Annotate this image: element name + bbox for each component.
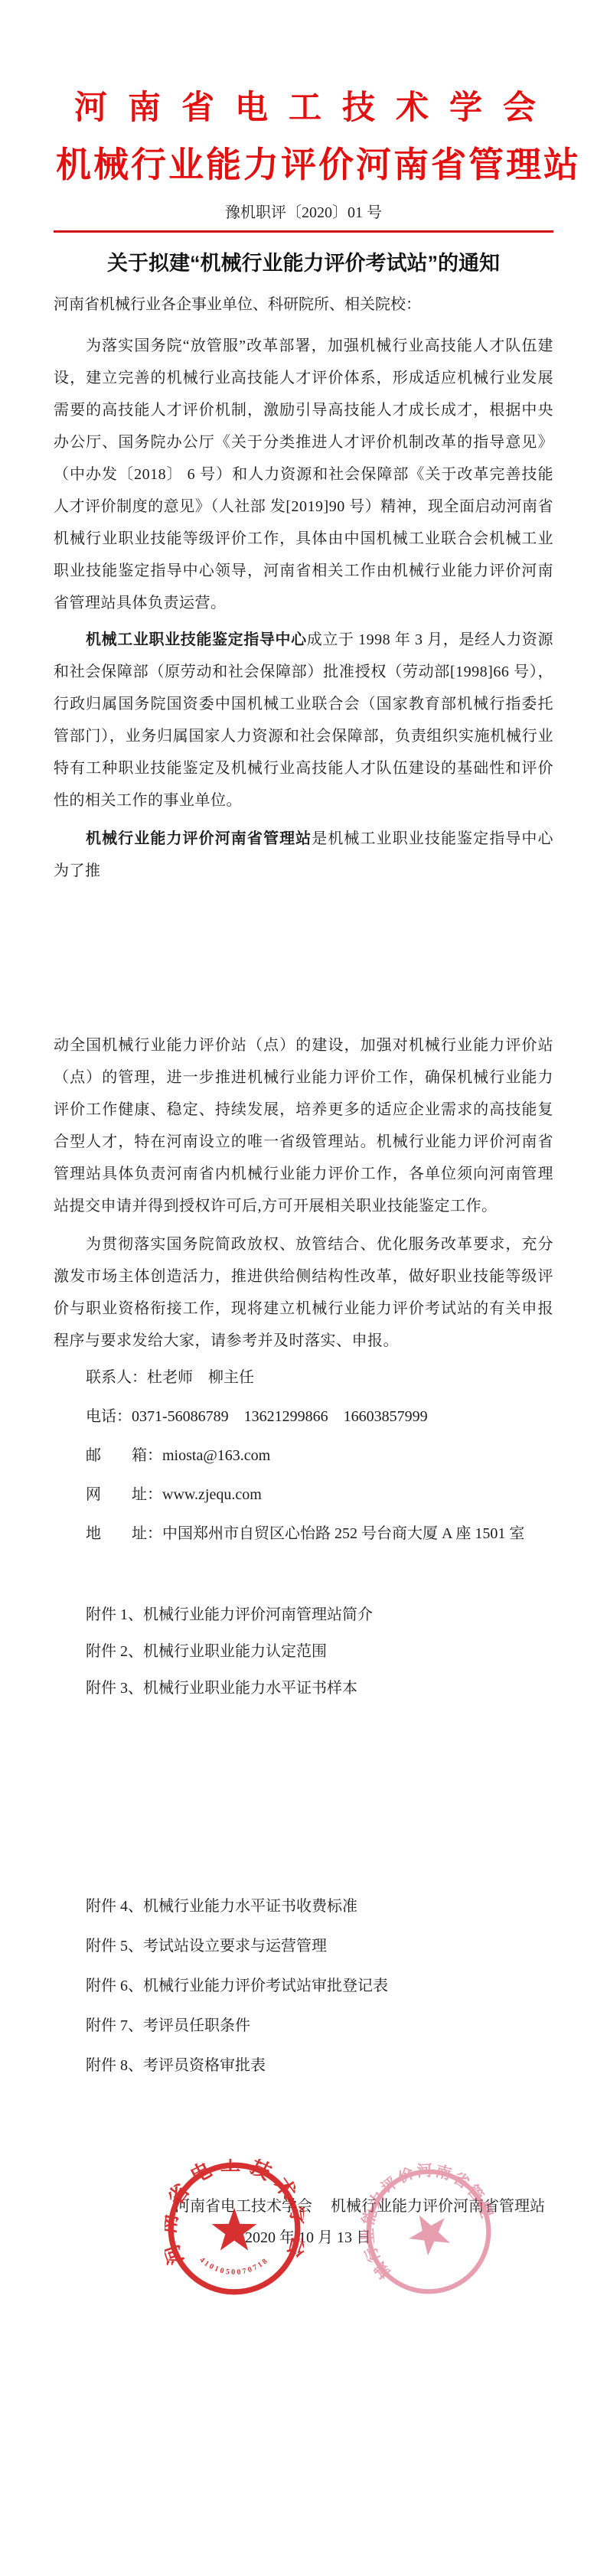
contact-block: 联系人：杜老师 柳主任 电话：0371-56086789 13621299866… [54, 1358, 553, 1554]
attachment-item-2: 附件 2、机械行业职业能力认定范围 [86, 1633, 553, 1670]
contact-label: 联系人： [86, 1369, 147, 1386]
contact-value: miosta@163.com [162, 1447, 270, 1464]
seal-serial: 4101050070718 [197, 2256, 270, 2277]
official-seal-right-icon: 机械行业能力评价河南省管理站 [337, 2140, 521, 2323]
letterhead-divider [54, 230, 553, 233]
attachment-list-part1: 附件 1、机械行业能力评价河南管理站简介 附件 2、机械行业职业能力认定范围 附… [54, 1596, 553, 1707]
contact-label: 电话： [86, 1408, 132, 1425]
attachment-item-3: 附件 3、机械行业职业能力水平证书样本 [86, 1670, 553, 1707]
contact-phone-line: 电话：0371-56086789 13621299866 16603857999 [86, 1397, 553, 1436]
page-break-gap [54, 887, 553, 1029]
page-break-gap [54, 1707, 553, 1886]
contact-value: www.zjequ.com [162, 1486, 262, 1503]
contact-value: 杜老师 柳主任 [147, 1369, 254, 1386]
attachment-item-1: 附件 1、机械行业能力评价河南管理站简介 [86, 1596, 553, 1633]
body-paragraph-3-continued: 动全国机械行业能力评价站（点）的建设，加强对机械行业能力评价站（点）的管理，进一… [54, 1029, 553, 1222]
seal-star-icon [212, 2208, 257, 2251]
body-paragraph-3-first-line: 机械行业能力评价河南省管理站是机械工业职业技能鉴定指导中心为了推 [54, 823, 553, 887]
seal-star-icon [401, 2205, 456, 2259]
contact-label: 地 址： [86, 1525, 162, 1542]
official-seal-left-icon: 河南省电工技术学会 4101050070718 [165, 2159, 304, 2298]
attachment-item-8: 附件 8、考评员资格审批表 [86, 2046, 553, 2085]
document-number: 豫机职评〔2020〕01 号 [54, 201, 553, 224]
contact-website-line: 网 址：www.zjequ.com [86, 1475, 553, 1515]
signature-section: 河南省电工技术学会 机械行业能力评价河南省管理站 2020 年 10 月 13 … [54, 2124, 553, 2339]
notice-title: 关于拟建“机械行业能力评价考试站”的通知 [54, 249, 553, 278]
paragraph-text: 为落实国务院“放管服”改革部署，加强机械行业高技能人才队伍建设，建立完善的机械行… [54, 337, 553, 611]
contact-address-line: 地 址：中国郑州市自贸区心怡路 252 号台商大厦 A 座 1501 室 [86, 1515, 553, 1554]
salutation-line: 河南省机械行业各企事业单位、科研院所、相关院校： [54, 293, 553, 316]
contact-email-line: 邮 箱：miosta@163.com [86, 1436, 553, 1475]
org-name-bold: 机械工业职业技能鉴定指导中心 [86, 631, 307, 648]
org-name-bold: 机械行业能力评价河南省管理站 [86, 830, 312, 847]
document-page: 河南省电工技术学会 机械行业能力评价河南省管理站 豫机职评〔2020〕01 号 … [0, 0, 607, 2339]
contact-person-line: 联系人：杜老师 柳主任 [86, 1358, 553, 1397]
contact-value: 中国郑州市自贸区心怡路 252 号台商大厦 A 座 1501 室 [162, 1525, 524, 1542]
paragraph-text: 成立于 1998 年 3 月，是经人力资源和社会保障部（原劳动和社会保障部）批准… [54, 631, 553, 809]
letterhead-org-line2: 机械行业能力评价河南省管理站 [54, 144, 553, 187]
contact-label: 邮 箱： [86, 1447, 162, 1464]
body-paragraph-1: 为落实国务院“放管服”改革部署，加强机械行业高技能人才队伍建设，建立完善的机械行… [54, 330, 553, 619]
paragraph-text: 为贯彻落实国务院简政放权、放管结合、优化服务改革要求，充分激发市场主体创造活力，… [54, 1236, 553, 1349]
attachment-list-part3: 附件 8、考评员资格审批表 [54, 2046, 553, 2085]
body-paragraph-2: 机械工业职业技能鉴定指导中心成立于 1998 年 3 月，是经人力资源和社会保障… [54, 624, 553, 817]
letterhead-org-line1: 河南省电工技术学会 [54, 0, 553, 129]
attachment-item-5: 附件 5、考试站设立要求与运营管理 [86, 1926, 553, 1966]
paragraph-text: 动全国机械行业能力评价站（点）的建设，加强对机械行业能力评价站（点）的管理，进一… [54, 1037, 553, 1215]
attachment-item-4: 附件 4、机械行业能力水平证书收费标准 [86, 1886, 553, 1926]
body-paragraph-4: 为贯彻落实国务院简政放权、放管结合、优化服务改革要求，充分激发市场主体创造活力，… [54, 1228, 553, 1357]
seal-text: 机械行业能力评价河南省管理站 [337, 2140, 500, 2287]
attachment-item-7: 附件 7、考评员任职条件 [86, 2006, 553, 2046]
attachment-list-part2: 附件 4、机械行业能力水平证书收费标准 附件 5、考试站设立要求与运营管理 附件… [54, 1886, 553, 2046]
contact-label: 网 址： [86, 1486, 162, 1503]
attachment-item-6: 附件 6、机械行业能力评价考试站审批登记表 [86, 1966, 553, 2006]
contact-value: 0371-56086789 13621299866 16603857999 [132, 1408, 428, 1425]
